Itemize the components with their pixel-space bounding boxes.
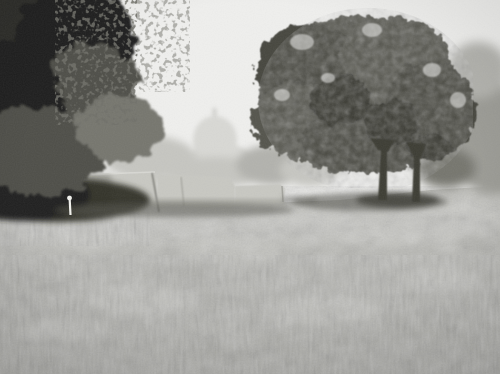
photo-canvas <box>0 0 500 374</box>
film-grain <box>0 0 500 374</box>
photograph <box>0 0 500 374</box>
